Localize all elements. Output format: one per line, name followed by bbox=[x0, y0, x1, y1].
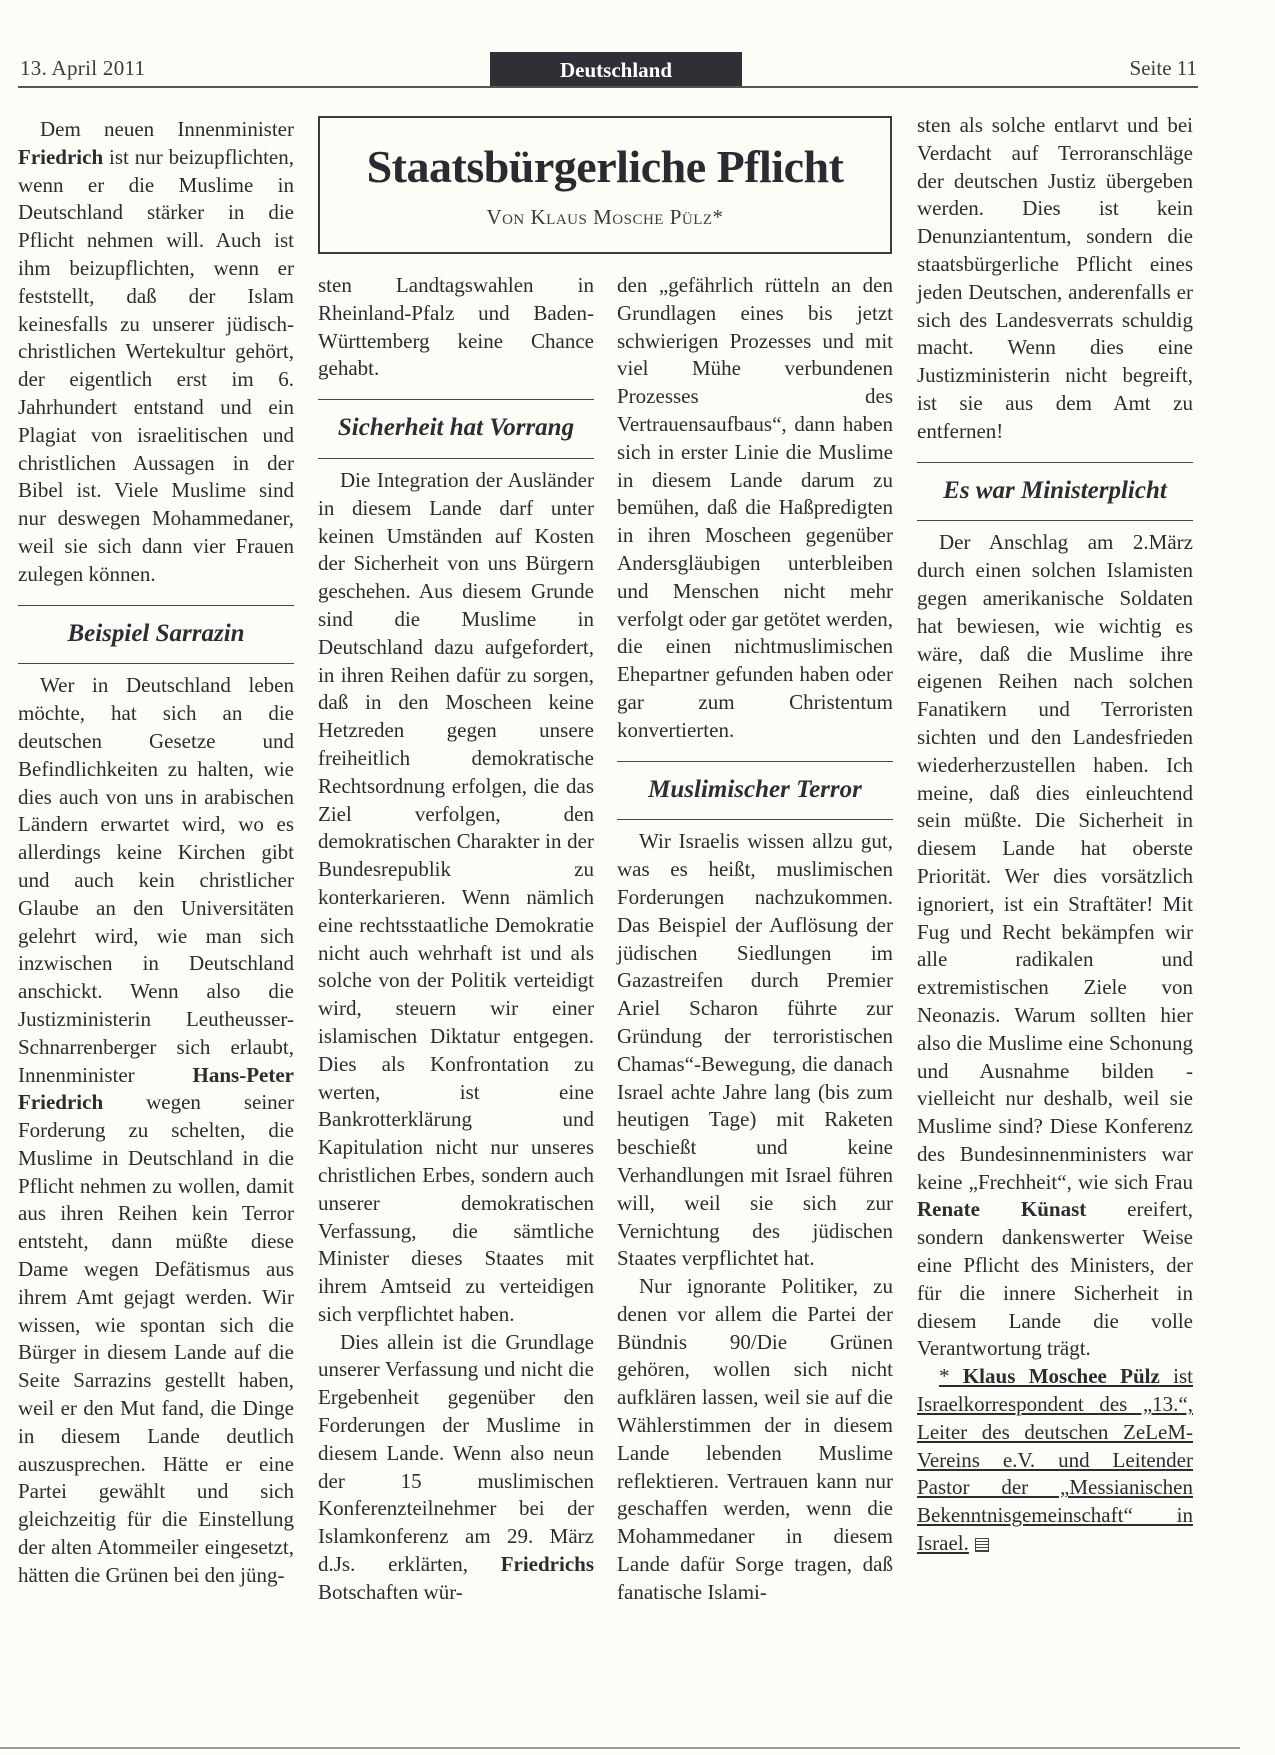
subheading: Es war Ministerplicht bbox=[917, 462, 1193, 522]
headline-box: Staatsbürgerliche Pflicht Von Klaus Mosc… bbox=[318, 116, 892, 254]
paragraph: sten Landtagswahlen in Rheinland-Pfalz u… bbox=[318, 272, 594, 383]
paragraph: Wir Israelis wissen allzu gut, was es he… bbox=[617, 828, 893, 1273]
bold-name: Renate Künast bbox=[917, 1197, 1086, 1221]
section-label: Deutschland bbox=[490, 52, 742, 88]
paragraph: sten als solche entlarvt und bei Verdach… bbox=[917, 112, 1193, 446]
paragraph: Der Anschlag am 2.März durch einen solch… bbox=[917, 529, 1193, 1363]
header-divider bbox=[18, 86, 1198, 88]
bold-name: Friedrichs bbox=[501, 1552, 594, 1576]
byline: Von Klaus Mosche Pülz* bbox=[320, 205, 890, 230]
author-footnote: * Klaus Moschee Pülz ist Israelkorrespon… bbox=[917, 1363, 1193, 1558]
paragraph: Nur ignorante Politiker, zu denen vor al… bbox=[617, 1273, 893, 1607]
page-number: Seite 11 bbox=[1130, 56, 1197, 81]
subheading: Sicherheit hat Vorrang bbox=[318, 399, 594, 459]
subheading: Beispiel Sarrazin bbox=[18, 605, 294, 665]
article-column-3: den „gefährlich rütteln an den Grundlage… bbox=[617, 272, 893, 1607]
bold-name: Friedrich bbox=[18, 145, 103, 169]
end-of-article-icon bbox=[975, 1538, 989, 1552]
headline: Staatsbürgerliche Pflicht bbox=[320, 140, 890, 193]
subheading: Muslimischer Terror bbox=[617, 761, 893, 821]
paragraph: Wer in Deutschland leben möchte, hat sic… bbox=[18, 672, 294, 1589]
article-column-1: Dem neuen Innenminister Friedrich ist nu… bbox=[18, 116, 294, 1590]
paragraph: Dies allein ist die Grundlage unserer Ve… bbox=[318, 1329, 594, 1607]
author-name: Klaus Moschee Pülz bbox=[963, 1364, 1160, 1388]
article-column-2: sten Landtagswahlen in Rheinland-Pfalz u… bbox=[318, 272, 594, 1607]
paragraph: den „gefährlich rütteln an den Grundlage… bbox=[617, 272, 893, 745]
issue-date: 13. April 2011 bbox=[20, 56, 145, 81]
article-column-4: sten als solche entlarvt und bei Verdach… bbox=[917, 112, 1193, 1558]
paragraph: Dem neuen Innenminister Friedrich ist nu… bbox=[18, 116, 294, 589]
paragraph: Die Integration der Ausländer in diesem … bbox=[318, 467, 594, 1329]
page-bottom-edge bbox=[0, 1747, 1240, 1749]
